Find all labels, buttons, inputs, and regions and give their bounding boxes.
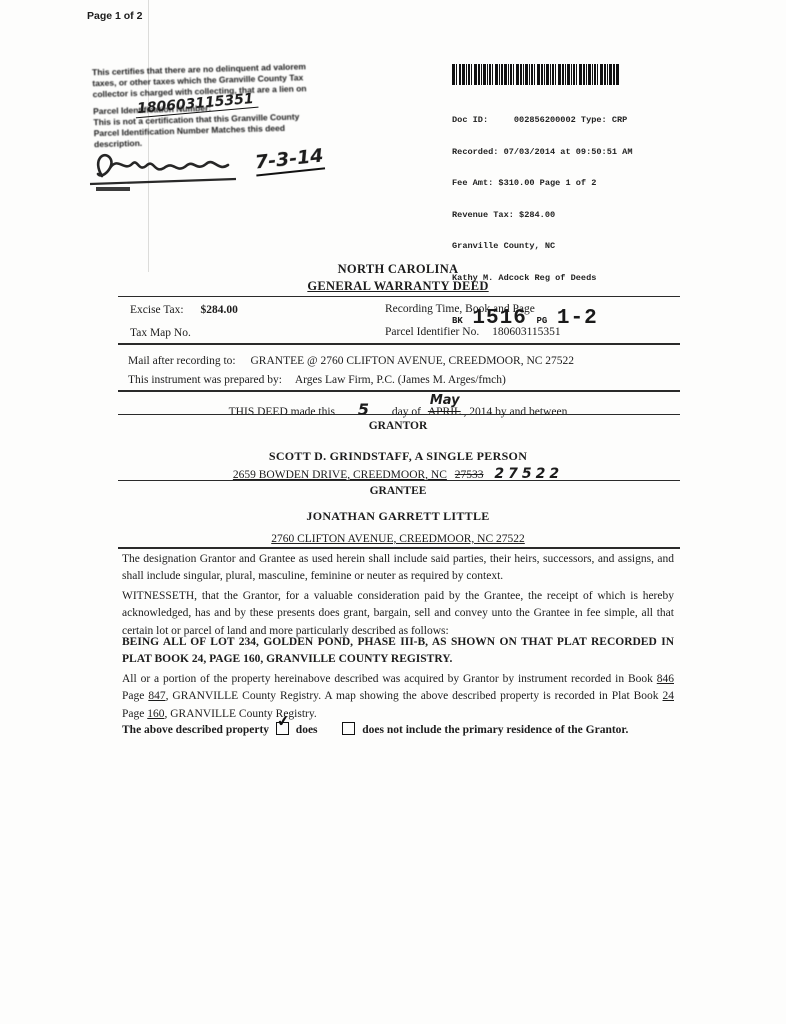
barcode-icon: [452, 64, 620, 85]
checkmark-icon: ✔: [276, 711, 291, 731]
parcel-identifier-value: 180603115351: [492, 326, 561, 338]
deed-made-prefix: THIS DEED made this: [229, 406, 335, 418]
deed-made-middle: day of: [392, 406, 421, 418]
residence-prefix: The above described property: [122, 724, 269, 736]
mail-to-label: Mail after recording to:: [128, 355, 236, 367]
meta-rule: [118, 343, 680, 345]
page-indicator: Page 1 of 2: [87, 10, 142, 22]
mail-to-value: GRANTEE @ 2760 CLIFTON AVENUE, CREEDMOOR…: [251, 355, 575, 367]
acquisition-page1: 847: [148, 690, 165, 702]
recording-time-label: Recording Time, Book and Page: [385, 303, 535, 315]
excise-tax-label: Excise Tax:: [130, 304, 184, 316]
acquisition-text: Page: [122, 708, 147, 720]
acquisition-text: , GRANVILLE County Registry. A map showi…: [166, 690, 663, 702]
deed-state-heading: NORTH CAROLINA: [120, 262, 676, 277]
grantee-address-rule: [118, 547, 680, 549]
acquisition-paragraph: All or a portion of the property hereina…: [122, 671, 674, 723]
witnesseth-paragraph: WITNESSETH, that the Grantor, for a valu…: [122, 588, 674, 640]
excise-tax-value: $284.00: [200, 304, 237, 316]
tax-map-label: Tax Map No.: [130, 327, 191, 339]
deed-made-rule: [118, 414, 680, 415]
acquisition-text: , GRANVILLE County Registry.: [164, 708, 316, 720]
acquisition-page2: 160: [147, 708, 164, 720]
handwritten-day: 5: [358, 400, 369, 419]
does-not-label: does not include the primary residence o…: [362, 724, 628, 736]
acquisition-book2: 24: [663, 690, 675, 702]
prepared-by-label: This instrument was prepared by:: [128, 374, 282, 386]
handwritten-month: May: [430, 393, 460, 408]
page-number: 1-2: [557, 307, 598, 330]
fee-line: Fee Amt: $310.00 Page 1 of 2: [452, 178, 692, 189]
deed-made-suffix: , 2014 by and between: [464, 406, 568, 418]
designation-paragraph: The designation Grantor and Grantee as u…: [122, 551, 674, 586]
grantor-heading: GRANTOR: [120, 420, 676, 432]
legal-description-paragraph: BEING ALL OF LOT 234, GOLDEN POND, PHASE…: [122, 634, 674, 669]
does-not-checkbox: [342, 722, 355, 735]
grantor-address-rule: [118, 480, 680, 481]
does-checkbox: ✔: [276, 722, 289, 735]
grantee-name: JONATHAN GARRETT LITTLE: [120, 509, 676, 524]
grantee-heading: GRANTEE: [120, 485, 676, 497]
page-label: PG: [536, 316, 547, 326]
scanned-deed-page: Page 1 of 2 This certifies that there ar…: [0, 0, 786, 1024]
acquisition-text: All or a portion of the property hereina…: [122, 673, 657, 685]
county-line: Granville County, NC: [452, 241, 692, 252]
title-rule: [118, 296, 680, 297]
does-label: does: [296, 724, 318, 736]
prepared-rule: [118, 390, 680, 392]
acquisition-text: Page: [122, 690, 148, 702]
residence-statement: The above described property ✔ does does…: [122, 722, 722, 736]
handwritten-stamp-date: 7-3-14: [254, 144, 325, 176]
acquisition-book1: 846: [657, 673, 674, 685]
recorded-line: Recorded: 07/03/2014 at 09:50:51 AM: [452, 147, 692, 158]
doc-id-line: Doc ID: 002856200002 Type: CRP: [452, 115, 692, 126]
deed-title: GENERAL WARRANTY DEED: [120, 279, 676, 294]
parcel-identifier-label: Parcel Identifier No.: [385, 326, 479, 338]
clerk-signature: [88, 146, 263, 194]
grantee-address: 2760 CLIFTON AVENUE, CREEDMOOR, NC 27522: [120, 533, 676, 545]
prepared-by-value: Arges Law Firm, P.C. (James M. Arges/fmc…: [295, 374, 506, 386]
grantor-name: SCOTT D. GRINDSTAFF, A SINGLE PERSON: [120, 449, 676, 464]
book-label: BK: [452, 316, 463, 326]
revenue-line: Revenue Tax: $284.00: [452, 210, 692, 221]
